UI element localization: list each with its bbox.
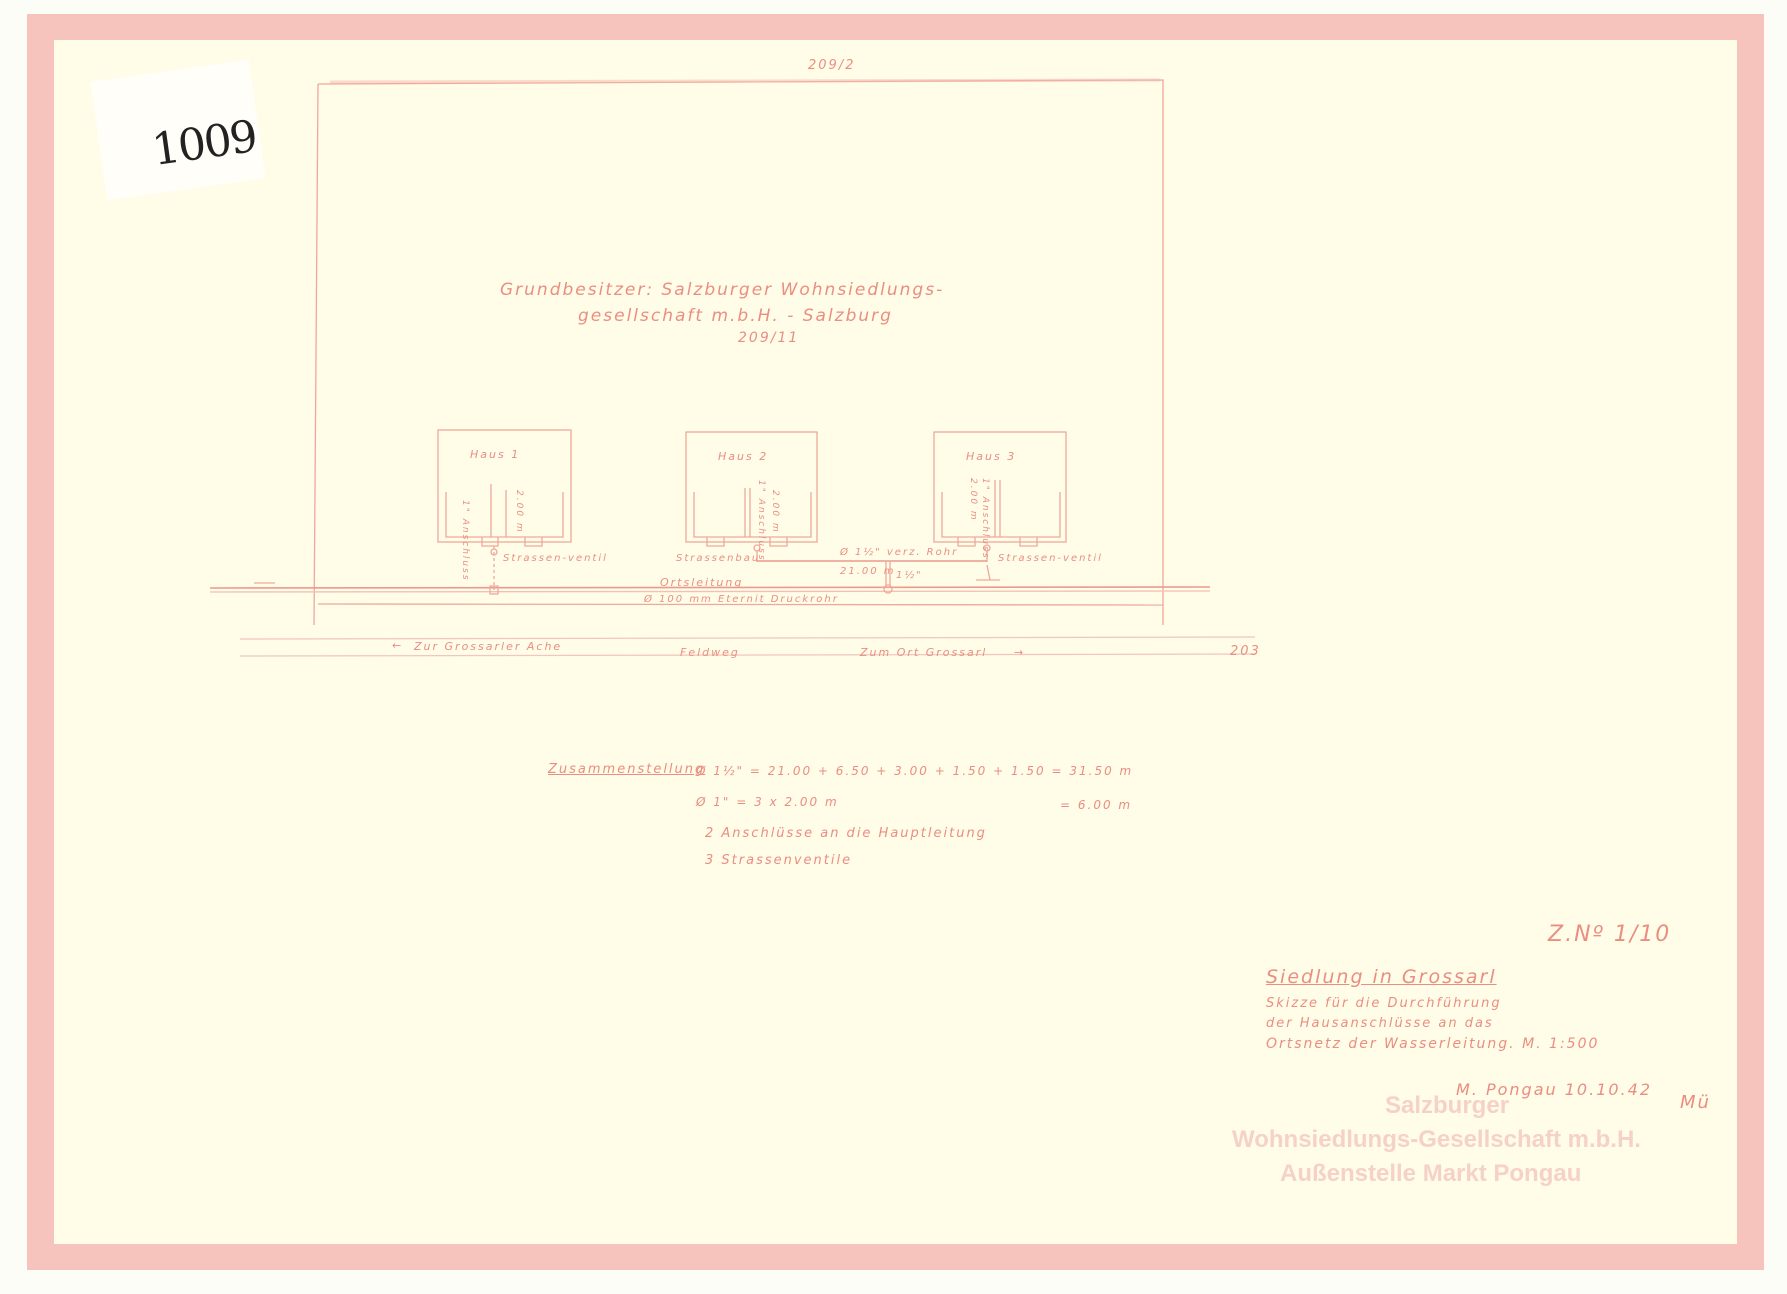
scanned-drawing: 1009 xyxy=(0,0,1787,1294)
summary-line-4: 3 Strassenventile xyxy=(705,853,852,868)
road-label-right: Zum Ort Grossarl xyxy=(860,646,987,659)
house-2-label: Haus 2 xyxy=(718,450,768,463)
main-pipe-label: Ortsleitung xyxy=(660,576,743,589)
house-1-pipe-note: 1" Anschluss xyxy=(460,500,470,582)
title-block-desc-2: der Hausanschlüsse an das xyxy=(1266,1016,1494,1031)
road-label-center: Feldweg xyxy=(680,646,740,659)
road-arrow-right: → xyxy=(1014,646,1025,659)
house-1-valve-note: Strassen-ventil xyxy=(503,553,608,564)
branch-pipe-label: Ø 1½" verz. Rohr xyxy=(840,547,958,558)
house-3-length: 2.00 m xyxy=(968,478,978,522)
road-label-left: Zur Grossarler Ache xyxy=(414,640,562,653)
plot-boundary xyxy=(318,80,1163,625)
title-block-title: Siedlung in Grossarl xyxy=(1266,966,1497,988)
main-pipe-spec: Ø 100 mm Eternit Druckrohr xyxy=(644,594,839,605)
house-3-valve-note: Strassen-ventil xyxy=(998,553,1103,564)
owner-parcel: 209/11 xyxy=(738,330,799,346)
title-block-desc-1: Skizze für die Durchführung xyxy=(1266,996,1502,1011)
house-1-length: 2.00 m xyxy=(514,490,524,534)
owner-line-1: Grundbesitzer: Salzburger Wohnsiedlungs- xyxy=(500,280,944,300)
drawing-number: Z.Nº 1/10 xyxy=(1548,922,1671,947)
house-2-left-note: Strassenbau xyxy=(676,553,760,564)
stamp-line-3: Außenstelle Markt Pongau xyxy=(1280,1160,1581,1188)
road-arrow-left: ← xyxy=(392,639,403,652)
summary-line-2-total: = 6.00 m xyxy=(1060,798,1132,812)
parcel-number-top: 209/2 xyxy=(808,58,855,73)
house-3-label: Haus 3 xyxy=(966,450,1016,463)
branch-pipe-dimension: 21.00 m xyxy=(840,566,896,577)
summary-heading: Zusammenstellung xyxy=(548,762,705,777)
house-3-pipe-note: 1" Anschluss xyxy=(980,478,990,560)
title-block-desc-3: Ortsnetz der Wasserleitung. M. 1:500 xyxy=(1266,1036,1599,1052)
summary-line-2: Ø 1" = 3 x 2.00 m xyxy=(696,795,839,809)
stamp-line-2: Wohnsiedlungs-Gesellschaft m.b.H. xyxy=(1232,1126,1641,1154)
stamp-line-1: Salzburger xyxy=(1385,1092,1509,1120)
parcel-number-right: 203 xyxy=(1230,644,1261,659)
house-2-length: 2.00 m xyxy=(770,490,780,534)
signature: Mü xyxy=(1680,1092,1711,1113)
house-2-pipe-note: 1" Anschluss xyxy=(756,480,766,562)
branch-pipe-size: 1½" xyxy=(896,570,923,581)
summary-line-3: 2 Anschlüsse an die Hauptleitung xyxy=(705,826,987,841)
owner-line-2: gesellschaft m.b.H. - Salzburg xyxy=(578,306,893,326)
house-1-label: Haus 1 xyxy=(470,448,520,461)
summary-line-1: Ø 1½" = 21.00 + 6.50 + 3.00 + 1.50 + 1.5… xyxy=(696,764,1133,778)
